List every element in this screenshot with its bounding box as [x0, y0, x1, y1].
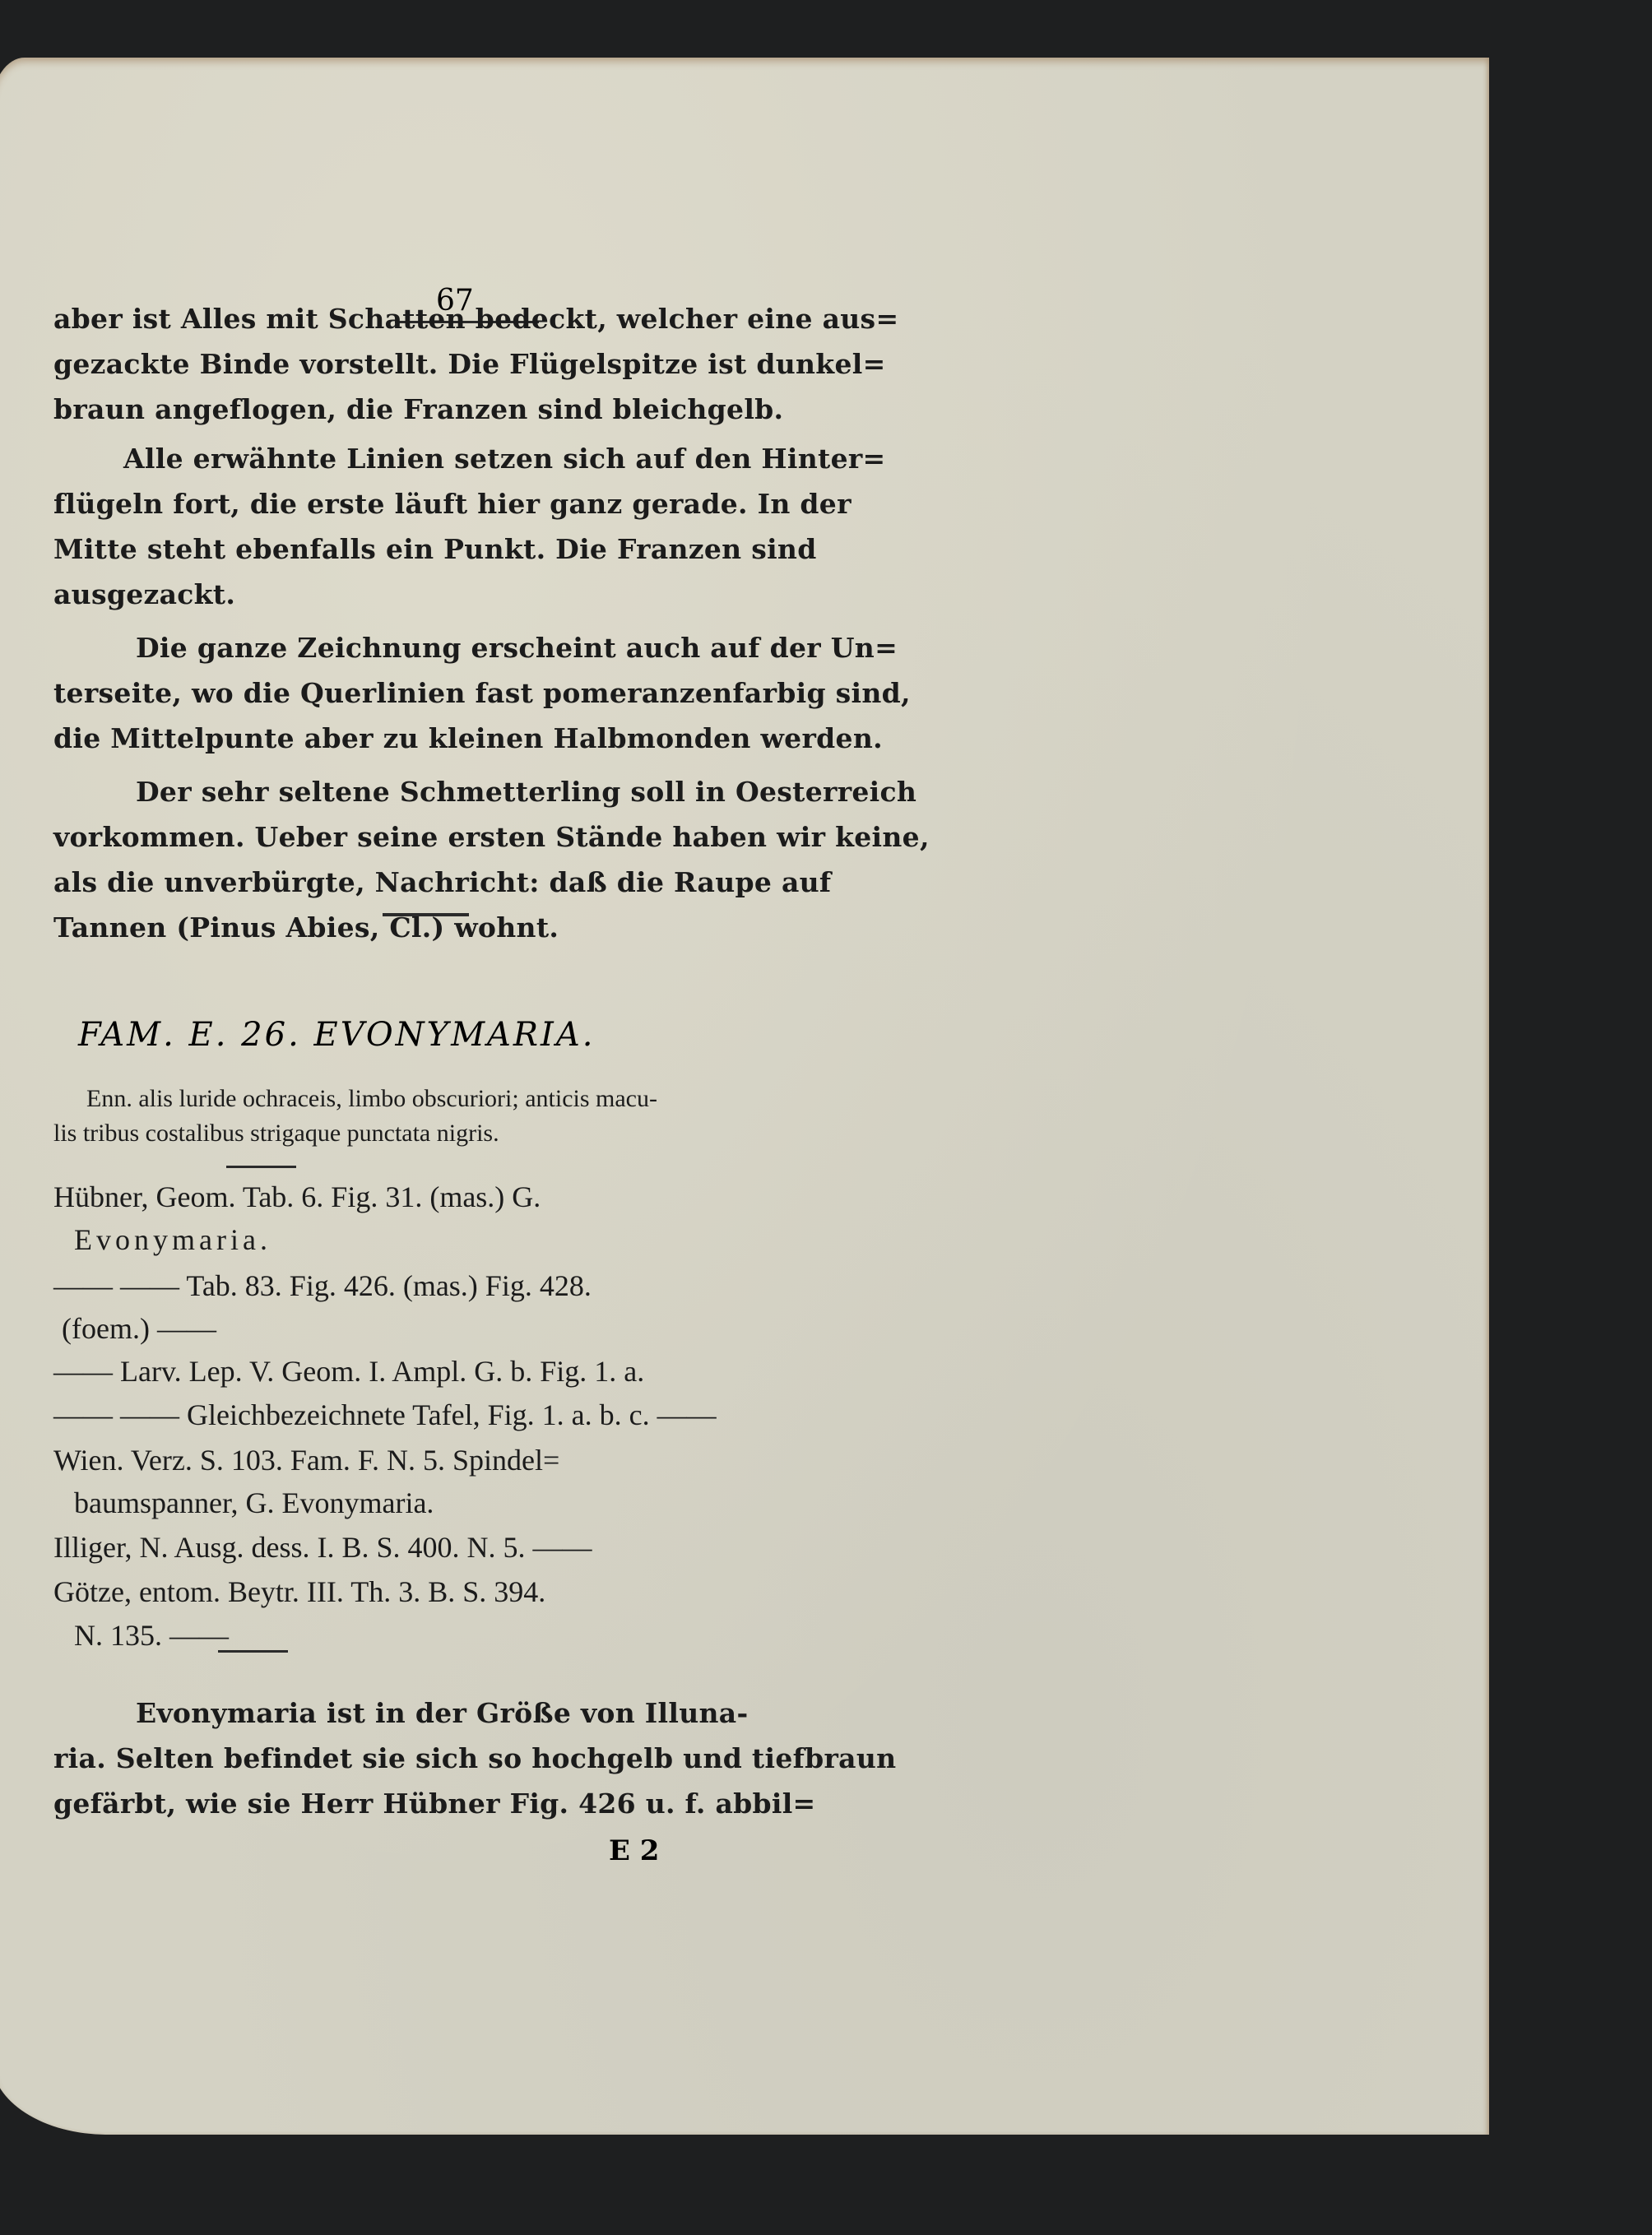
text-line: Tannen (Pinus Abies, Cl.) wohnt. — [53, 905, 559, 950]
reference-line: Hübner, Geom. Tab. 6. Fig. 31. (mas.) G. — [53, 1176, 541, 1217]
text-line: ria. Selten befindet sie sich so hochgel… — [53, 1736, 896, 1781]
text-line: vorkommen. Ueber seine ersten Stände hab… — [53, 814, 930, 860]
text-line: aber ist Alles mit Schatten bedeckt, wel… — [53, 296, 898, 341]
text-line: Die ganze Zeichnung erscheint auch auf d… — [53, 625, 898, 670]
reference-line: Illiger, N. Ausg. dess. I. B. S. 400. N.… — [53, 1527, 592, 1568]
diagnosis-line: lis tribus costalibus strigaque punctata… — [53, 1116, 884, 1151]
species-title: FAM. E. 26. EVONYMARIA. — [78, 1016, 595, 1054]
reference-line: Evonymaria. — [53, 1219, 271, 1260]
text-line: Alle erwähnte Linien setzen sich auf den… — [53, 436, 886, 481]
text-line: gefärbt, wie sie Herr Hübner Fig. 426 u.… — [53, 1781, 816, 1826]
reference-line: Wien. Verz. S. 103. Fam. F. N. 5. Spinde… — [53, 1440, 559, 1481]
text-line: gezackte Binde vorstellt. Die Flügelspit… — [53, 341, 886, 387]
reference-line: —— —— Tab. 83. Fig. 426. (mas.) Fig. 428… — [53, 1265, 592, 1306]
text-line: ausgezackt. — [53, 572, 235, 617]
text-line: braun angeflogen, die Franzen sind bleic… — [53, 387, 783, 432]
section-rule — [383, 913, 469, 916]
reference-line: baumspanner, G. Evonymaria. — [53, 1482, 434, 1523]
reference-line: N. 135. —— — [53, 1615, 229, 1656]
section-rule — [218, 1650, 288, 1653]
reference-line: —— —— Gleichbezeichnete Tafel, Fig. 1. a… — [53, 1394, 717, 1435]
section-rule — [226, 1166, 296, 1168]
reference-line: (foem.) —— — [53, 1308, 216, 1349]
text-line: Evonymaria ist in der Größe von Illuna- — [53, 1690, 748, 1736]
text-line: terseite, wo die Querlinien fast pomeran… — [53, 670, 911, 716]
reference-line: —— Larv. Lep. V. Geom. I. Ampl. G. b. Fi… — [53, 1351, 644, 1392]
text-line: Der sehr seltene Schmetterling soll in O… — [53, 769, 916, 814]
signature-mark: E 2 — [609, 1834, 659, 1867]
text-line: die Mittelpunte aber zu kleinen Halbmond… — [53, 716, 883, 761]
text-line: flügeln fort, die erste läuft hier ganz … — [53, 481, 852, 526]
book-page: 67 aber ist Alles mit Schatten bedeckt, … — [0, 58, 1489, 2135]
reference-line: Götze, entom. Beytr. III. Th. 3. B. S. 3… — [53, 1571, 545, 1612]
text-line: als die unverbürgte, Nachricht: daß die … — [53, 860, 831, 905]
text-line: Mitte steht ebenfalls ein Punkt. Die Fra… — [53, 526, 817, 572]
diagnosis-line: Enn. alis luride ochraceis, limbo obscur… — [53, 1082, 917, 1116]
